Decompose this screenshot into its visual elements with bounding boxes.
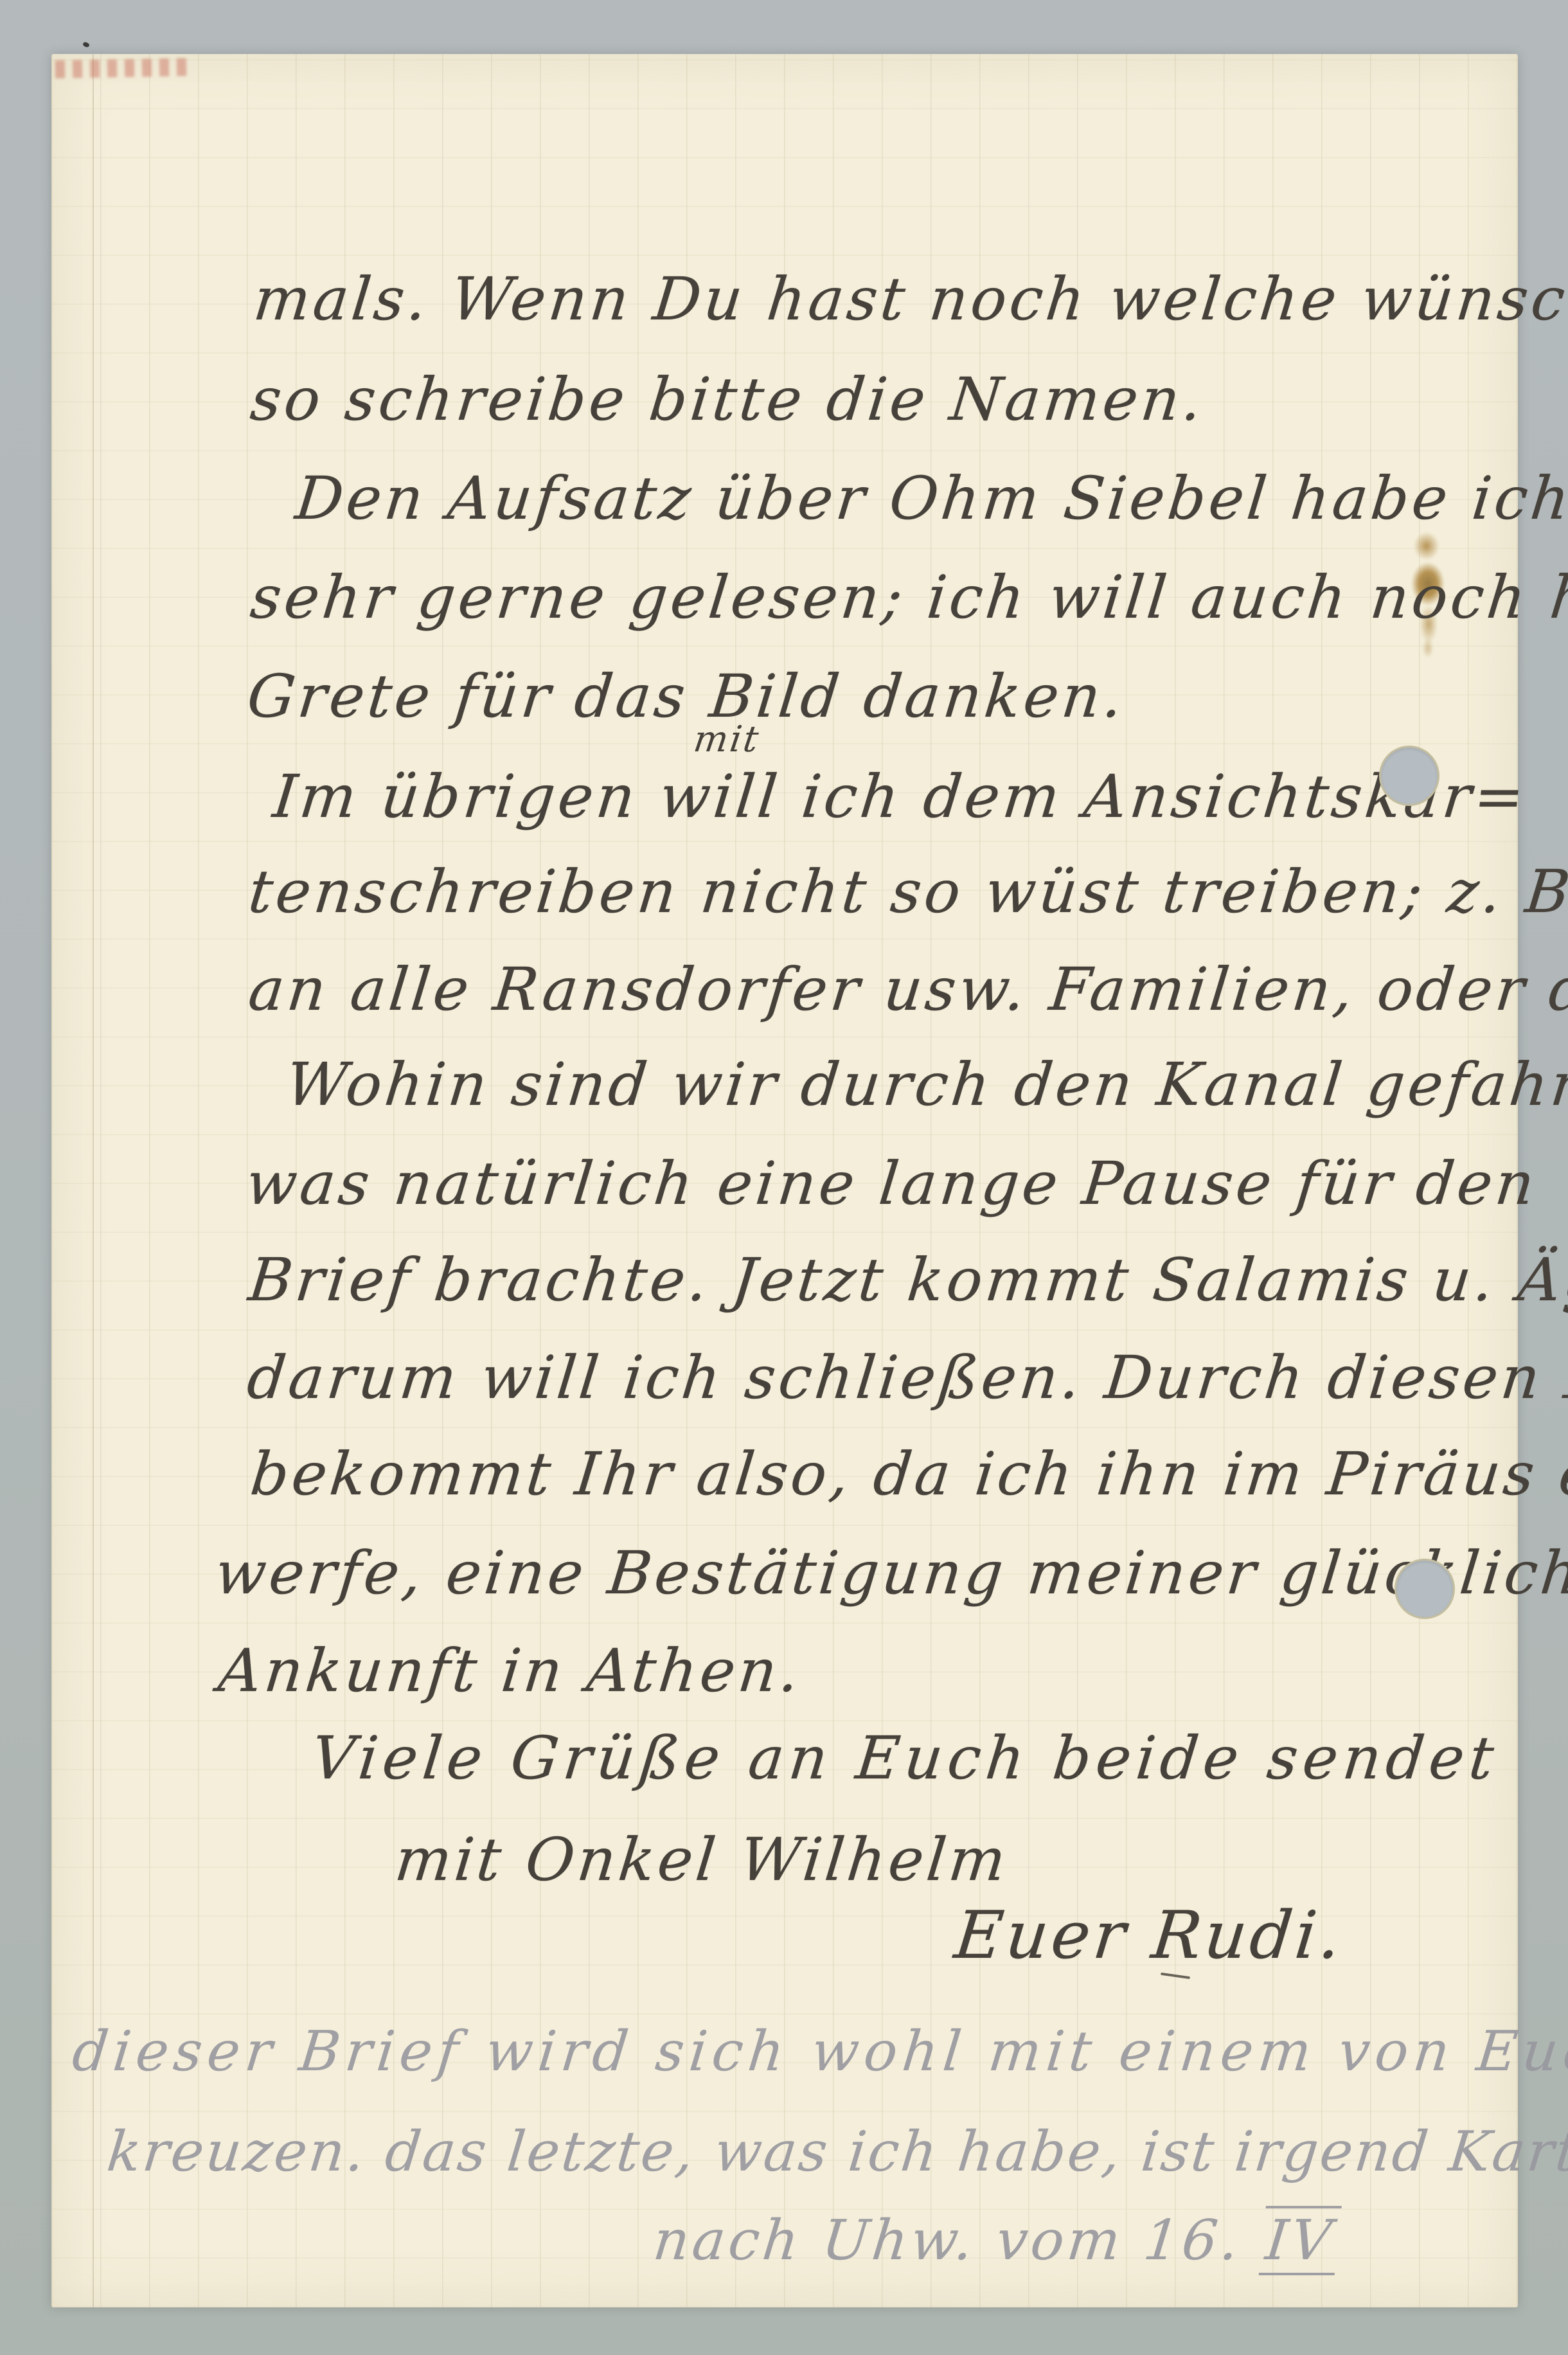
closing-line: Viele Grüße an Euch beide sendet (308, 1724, 1502, 1793)
handwriting-line: bekommt Ihr also, da ich ihn im Piräus e… (247, 1440, 1568, 1509)
red-pencil-marks (55, 58, 193, 78)
pencil-note-line: dieser Brief wird sich wohl mit einem vo… (69, 2019, 1568, 2084)
scan-background: mals. Wenn Du hast noch welche wünscht, … (0, 0, 1568, 2355)
handwriting-line: was natürlich eine lange Pause für den (243, 1149, 1540, 1218)
handwriting-line: Ankunft in Athen. (215, 1636, 805, 1705)
closing-line: mit Onkel Wilhelm (392, 1825, 1012, 1894)
handwriting-line: Brief brachte. Jetzt kommt Salamis u. Äg… (245, 1246, 1568, 1314)
handwriting-line: Wohin sind wir durch den Kanal gefahren, (283, 1050, 1568, 1119)
handwriting-line: so schreibe bitte die Namen. (247, 365, 1208, 434)
paper-crease (93, 54, 94, 2307)
dust-speck (82, 41, 90, 48)
handwriting-line: darum will ich schließen. Durch diesen B… (244, 1343, 1568, 1412)
pencil-note-line: kreuzen. das letzte, was ich habe, ist i… (104, 2120, 1568, 2184)
handwriting-line: Den Aufsatz über Ohm Siebel habe ich (292, 464, 1568, 533)
handwriting-line: mals. Wenn Du hast noch welche wünscht, (251, 265, 1568, 334)
signature: Euer Rudi. (951, 1897, 1348, 1974)
handwriting-line: an alle Ransdorfer usw. Familien, oder d… (245, 955, 1568, 1024)
handwriting-line: werfe, eine Bestätigung meiner glücklich… (212, 1539, 1568, 1607)
inserted-word-annotation: mit (691, 719, 763, 760)
pencil-date-text: nach Uhw. vom 16. (650, 2208, 1245, 2273)
roman-numeral-month: IV (1258, 2206, 1341, 2275)
handwriting-line: tenschreiben nicht so wüst treiben; z. B… (245, 857, 1568, 926)
handwriting-line: Im übrigen will ich dem Ansichtskar= (270, 762, 1531, 831)
punch-hole (1379, 746, 1439, 806)
pencil-note-date-line: nach Uhw. vom 16. IV (650, 2208, 1341, 2273)
punch-hole (1394, 1559, 1455, 1619)
handwriting-line: sehr gerne gelesen; ich will auch noch h… (247, 563, 1568, 632)
handwriting-line: Grete für das Bild danken. (244, 662, 1129, 731)
